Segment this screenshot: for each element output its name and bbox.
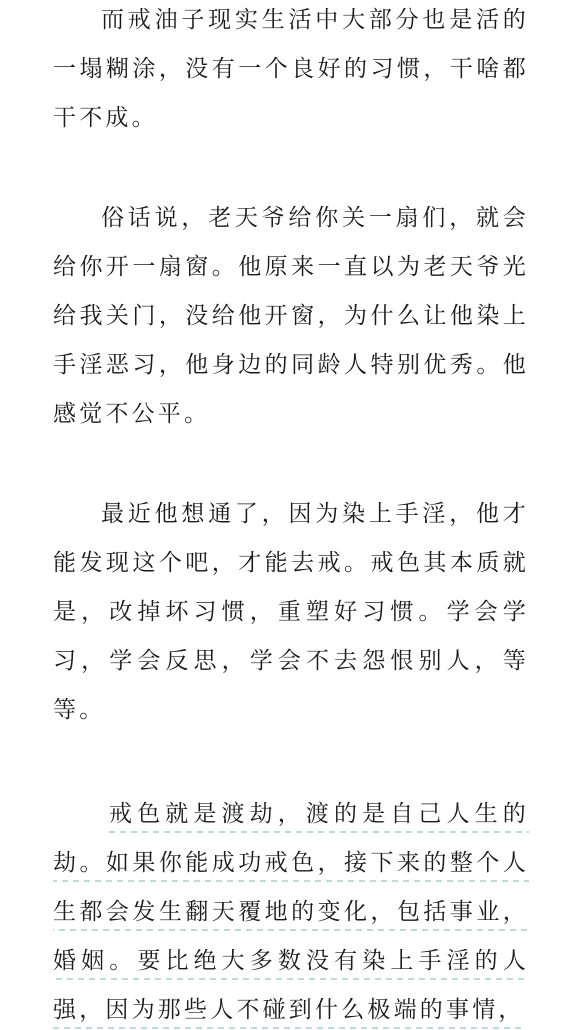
- paragraph-4-highlighted: 戒色就是渡劫，渡的是自己人生的劫。如果你能成功戒色，接下来的整个人生都会发生翻天…: [53, 790, 529, 1030]
- dashed-underline-highlight: 戒色就是渡劫，渡的是自己人生的劫。如果你能成功戒色，接下来的整个人生都会发生翻天…: [53, 801, 529, 1029]
- paragraph-3: 最近他想通了，因为染上手淫，他才能发现这个吧，才能去戒。戒色其本质就是，改掉坏习…: [53, 490, 529, 735]
- paragraph-2: 俗话说，老天爷给你关一扇们，就会给你开一扇窗。他原来一直以为老天爷光给我关门，没…: [53, 194, 529, 439]
- paragraph-1: 而戒油子现实生活中大部分也是活的一塌糊涂，没有一个良好的习惯，干啥都干不成。: [53, 0, 529, 143]
